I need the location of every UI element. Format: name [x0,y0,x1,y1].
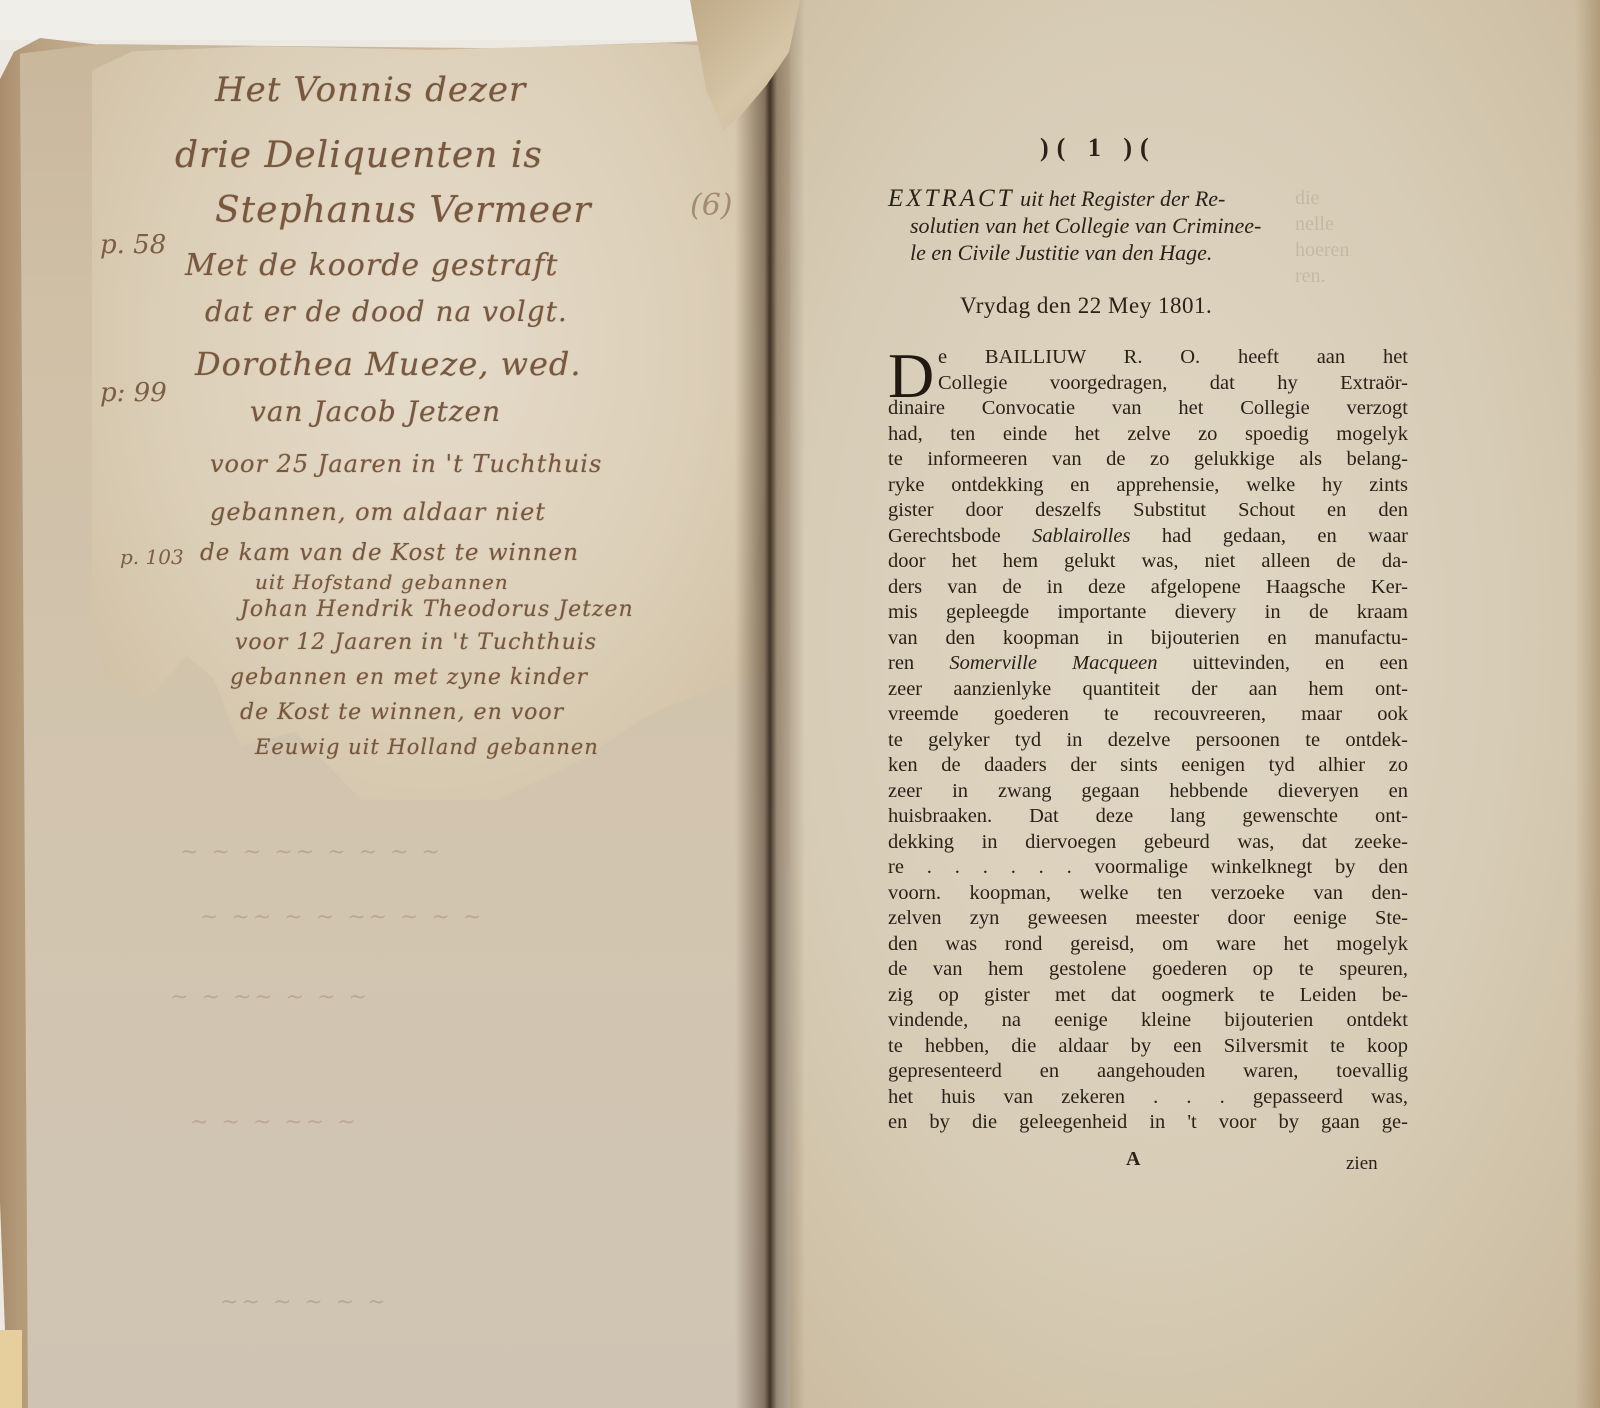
body-line: vindende, na eenige kleine bijouterien o… [888,1008,1408,1034]
faded-show-through-text: ~ ~ ~ ~~ ~ ~ ~ ~ [180,840,443,865]
body-line: den was rond gereisd, om ware het mogely… [888,932,1408,958]
body-text: D e BAILLIUW R. O. heeft aan het Collegi… [888,345,1408,1136]
body-line: had, ten einde het zelve zo spoedig moge… [888,422,1408,448]
body-line: te gelyker tyd in dezelve persoonen te o… [888,728,1408,754]
body-line: huisbraaken. Dat deze lang gewenschte on… [888,804,1408,830]
margin-page-reference: p. 58 [100,230,166,260]
body-line: zig op gister met dat oogmerk te Leiden … [888,983,1408,1009]
title-line: EXTRACT uit het Register der Re- [888,185,1408,212]
note-line: Dorothea Mueze, wed. [195,345,582,383]
drop-cap: D [888,348,934,404]
body-line: het huis van zekeren . . . gepasseerd wa… [888,1085,1408,1111]
margin-page-reference: p. 103 [120,545,184,569]
body-line: dekking in diervoegen gebeurd was, dat z… [888,830,1408,856]
body-line: zelven zyn geweesen meester door eenige … [888,906,1408,932]
body-line: zeer in zwang gegaan hebbende dieveryen … [888,779,1408,805]
body-line: e BAILLIUW R. O. heeft aan het [888,345,1408,371]
margin-page-reference: p: 99 [100,378,167,408]
title-line: solutien van het Collegie van Criminee- [888,212,1408,239]
document-title: EXTRACT uit het Register der Re- solutie… [888,185,1408,266]
title-line: le en Civile Justitie van den Hage. [888,239,1408,266]
body-line: ders van de in deze afgelopene Haagsche … [888,575,1408,601]
body-line: ren Somerville Macqueen uittevinden, en … [888,651,1408,677]
body-line: door het hem gelukt was, niet alleen de … [888,549,1408,575]
body-line: te hebben, die aldaar by een Silversmit … [888,1034,1408,1060]
date-heading: Vrydag den 22 Mey 1801. [960,293,1480,319]
catchword: zien [1346,1153,1378,1175]
margin-page-reference: (6) [690,188,733,223]
body-line: Gerechtsbode Sablairolles had gedaan, en… [888,524,1408,550]
body-line: dinaire Convocatie van het Collegie verz… [888,396,1408,422]
body-line: re . . . . . . voormalige winkelknegt by… [888,855,1408,881]
note-line: voor 12 Jaaren in 't Tuchthuis [235,630,597,655]
body-line: ryke ontdekking en apprehensie, welke hy… [888,473,1408,499]
body-line: en by die geleegenheid in 't voor by gaa… [888,1110,1408,1136]
note-line: Met de koorde gestraft [185,248,559,283]
note-line: Stephanus Vermeer [215,190,592,231]
note-line: van Jacob Jetzen [250,395,501,428]
body-line: van den koopman in bijouterien en manufa… [888,626,1408,652]
body-line: zeer aanzienlyke quantiteit der aan hem … [888,677,1408,703]
body-line: mis gepleegde importante dievery in de k… [888,600,1408,626]
body-line: voorn. koopman, welke ten verzoeke van d… [888,881,1408,907]
note-line: uit Hofstand gebannen [255,570,509,594]
body-line: gister door deszelfs Substitut Schout en… [888,498,1408,524]
note-line: drie Deliquenten is [175,135,543,176]
note-line: gebannen en met zyne kinder [230,665,588,690]
note-line: voor 25 Jaaren in 't Tuchthuis [210,450,602,478]
note-line: de Kost te winnen, en voor [240,700,564,725]
italic-proper-name: Somerville Macqueen [949,652,1157,674]
body-line: vreemde goederen te recouvreeren, maar o… [888,702,1408,728]
book-cover-corner [0,1330,22,1408]
book-gutter [735,0,805,1408]
faded-show-through-text: ~ ~ ~ ~~ ~ [190,1110,359,1135]
body-line: gepresenteerd en aangehouden waren, toev… [888,1059,1408,1085]
body-line: te informeeren van de zo gelukkige als b… [888,447,1408,473]
note-line: dat er de dood na volgt. [205,295,568,328]
body-line: Collegie voorgedragen, dat hy Extraör- [888,371,1408,397]
italic-proper-name: Sablairolles [1032,525,1130,547]
signature-mark: A [1126,1148,1140,1171]
faded-show-through-text: ~ ~~ ~ ~ ~~ ~ ~ ~ [200,905,484,930]
page-number: )( 1 )( [1040,133,1240,163]
page-edge-shading [1575,0,1600,1408]
faded-show-through-text: ~~ ~ ~ ~ ~ [220,1290,389,1315]
note-line: gebannen, om aldaar niet [210,498,546,526]
faded-show-through-text: ~ ~ ~~ ~ ~ ~ [170,985,370,1010]
body-line: de van hem gestolene goederen op te speu… [888,957,1408,983]
note-line: Eeuwig uit Holland gebannen [255,735,599,759]
body-line: ken de daaders der sints eenigen tyd alh… [888,753,1408,779]
note-line: Het Vonnis dezer [215,70,526,110]
note-line: de kam van de Kost te winnen [200,540,579,566]
note-line: Johan Hendrik Theodorus Jetzen [240,597,634,622]
